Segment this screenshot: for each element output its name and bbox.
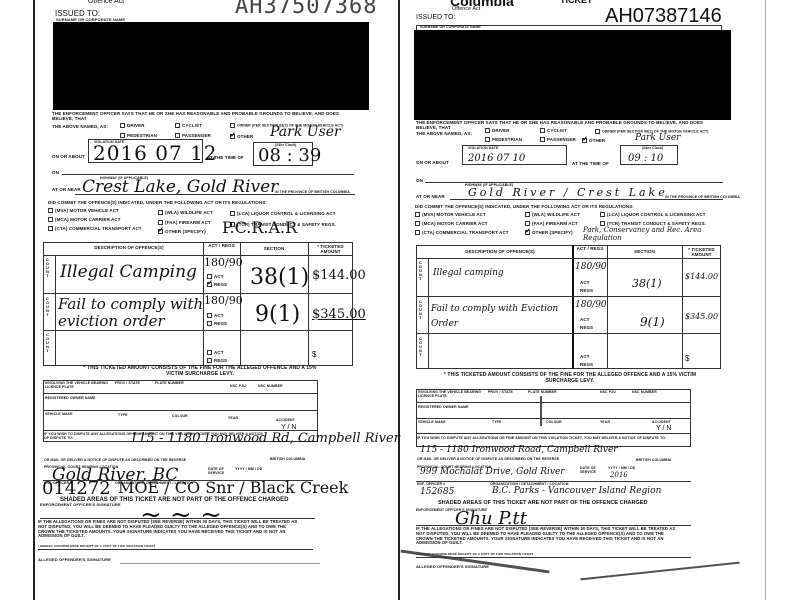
regs-checkbox[interactable] (207, 321, 212, 326)
scan-smudge (580, 562, 739, 581)
role-pedestrian-checkbox[interactable] (485, 137, 490, 142)
prov-state-label: PROV / STATE (115, 381, 140, 385)
name-field-label: SURNAME OR CORPORATE NAME (420, 25, 481, 29)
accident-label: ACCIDENT (652, 420, 671, 424)
colour-label: COLOUR (546, 420, 562, 424)
header-amount: * TICKETED AMOUNT (682, 247, 721, 257)
offence-amount: $ (312, 350, 316, 359)
involving-label: INVOLVING THE VEHICLE BEARING LICENCE PL… (45, 381, 110, 389)
surcharge-note: * THIS TICKETED AMOUNT CONSISTS OF THE F… (75, 366, 325, 378)
header-act-regs: ACT / REGS (203, 243, 240, 248)
role-other-checkbox[interactable] (230, 134, 235, 139)
other-act-value: Park, Conservancy and Rec. Area Regulati… (583, 226, 723, 242)
scan-smudge (540, 396, 542, 426)
accident-options[interactable]: Y / N (656, 425, 671, 432)
dispute-instruction: IF YOU WISH TO DISPUTE ANY ALLEGATIONS O… (417, 436, 677, 440)
role-driver: DRIVER (485, 128, 510, 133)
offence-section: 38(1) (250, 265, 309, 290)
act-other-checkbox[interactable] (158, 229, 163, 234)
count-label-2: COUNT (45, 296, 50, 316)
act-mva: (MVA) MOTOR VEHICLE ACT (48, 208, 119, 213)
time-value: 08 : 39 (258, 145, 321, 166)
organization-value: MOE / CO Snr / Black Creek (118, 478, 348, 497)
act-faa-checkbox[interactable] (525, 221, 530, 226)
act-lca-checkbox[interactable] (230, 211, 235, 216)
accident-options[interactable]: Y / N (281, 424, 296, 431)
offence-amount: $345.00 (312, 307, 366, 322)
time-value: 09 : 10 (628, 153, 663, 164)
header-description: DESCRIPTION OF OFFENCE(S) (428, 249, 572, 254)
role-owner-checkbox[interactable] (595, 129, 600, 134)
offence-act-regs: 180/90 (204, 256, 243, 269)
role-other: OTHER (582, 138, 605, 143)
role-passenger-checkbox[interactable] (175, 133, 180, 138)
named-as-label: THE ABOVE NAMED, AS: (416, 131, 472, 136)
offence-description: Fail to comply with Eviction Order (431, 302, 571, 332)
act-wla-checkbox[interactable] (158, 210, 163, 215)
offence-amount: $144.00 (312, 268, 366, 283)
role-passenger: PASSENGER (175, 133, 211, 138)
header-act-regs: ACT / REGS (573, 246, 607, 251)
act-mca: (MCA) MOTOR CARRIER ACT (48, 217, 121, 222)
commit-statement: DID COMMIT THE OFFENCE(S) INDICATED, UND… (415, 204, 634, 209)
nsc-number-label: NSC NUMBER (632, 390, 657, 394)
ticket-title: TICKET (560, 0, 593, 5)
at-time-label: AT THE TIME OF (572, 161, 609, 166)
surcharge-note: * THIS TICKETED AMOUNT CONSISTS OF THE F… (440, 373, 700, 385)
count-label-3: COUNT (45, 332, 50, 352)
violation-ticket-left: Offence Act ISSUED TO: AH37507368 SURNAM… (0, 0, 400, 600)
ticket-number: AH37507368 (235, 0, 377, 19)
act-mca-checkbox[interactable] (415, 221, 420, 226)
act-cta: (CTA) COMMERCIAL TRANSPORT ACT (48, 226, 142, 231)
act-wla: (WLA) WILDLIFE ACT (525, 212, 580, 217)
mail-instruction: OR MAIL OR DELIVER A NOTICE OF DISPUTE A… (417, 457, 559, 461)
type-label: TYPE (492, 420, 502, 424)
vehicle-make-label: VEHICLE MAKE (418, 420, 446, 424)
redacted-name-block (53, 22, 369, 110)
act-cta-checkbox[interactable] (48, 226, 53, 231)
act-label: Offence Act (88, 0, 124, 6)
date-of-service-label: DATE OF SERVICE (580, 466, 600, 474)
role-pedestrian: PEDESTRIAN (120, 133, 157, 138)
regs-checkbox[interactable] (207, 282, 212, 287)
count-label-1: COUNT (418, 260, 423, 280)
act-label: Offence Act (452, 6, 480, 12)
act-faa-checkbox[interactable] (158, 220, 163, 225)
act-mca: (MCA) MOTOR CARRIER ACT (415, 221, 488, 226)
role-driver-checkbox[interactable] (485, 128, 490, 133)
offence-section: 38(1) (632, 277, 662, 290)
act-faa: (FAA) FIREARM ACT (158, 220, 211, 225)
officer-number-value: 014272 (42, 478, 111, 499)
act-mca-checkbox[interactable] (48, 217, 53, 222)
year-label: YEAR (600, 420, 610, 424)
offence-description: Fail to comply with eviction order (58, 296, 206, 330)
act-other: OTHER (SPECIFY) (525, 230, 573, 235)
colour-label: COLOUR (172, 414, 188, 418)
year-label: YEAR (228, 416, 238, 420)
act-faa: (FAA) FIREARM ACT (525, 221, 578, 226)
act-other-checkbox[interactable] (525, 230, 530, 235)
act-other: OTHER (SPECIFY) (158, 229, 206, 234)
role-cyclist: CYCLIST (540, 128, 567, 133)
act-wla: (WLA) WILDLIFE ACT (158, 210, 213, 215)
mail-instruction: OR MAIL OR DELIVER A NOTICE OF DISPUTE A… (44, 458, 186, 462)
on-or-about-label: ON OR ABOUT (416, 160, 449, 165)
role-other: OTHER (230, 134, 253, 139)
act-mva-checkbox[interactable] (415, 212, 420, 217)
count-label-1: COUNT (45, 257, 50, 277)
role-cyclist-checkbox[interactable] (175, 123, 180, 128)
role-other-checkbox[interactable] (582, 138, 587, 143)
shaded-note: SHADED AREAS OF THIS TICKET ARE NOT PART… (438, 500, 647, 507)
role-driver-checkbox[interactable] (120, 123, 125, 128)
offence-section: 9(1) (640, 315, 665, 329)
court-location-value: 999 Mochalat Drive, Gold River (420, 467, 565, 477)
type-label: TYPE (118, 413, 128, 417)
plate-number-label: PLATE NUMBER (155, 381, 184, 385)
province-name: BRITISH COLUMBIA (270, 457, 305, 461)
count-label-2: COUNT (418, 299, 423, 319)
named-as-label: THE ABOVE NAMED, AS: (52, 124, 108, 129)
role-pedestrian-checkbox[interactable] (120, 133, 125, 138)
at-or-near-label: AT OR NEAR (416, 194, 445, 199)
on-label: ON (52, 170, 59, 175)
officer-number-label: ENF. OFFICER # (417, 482, 445, 486)
count-label-3: COUNT (418, 336, 423, 356)
act-mva-checkbox[interactable] (48, 208, 53, 213)
offence-amount: $ (685, 354, 689, 363)
other-role-value: Park User (635, 133, 680, 143)
issued-to-label: ISSUED TO: (416, 14, 455, 21)
act-lca: (LCA) LIQUOR CONTROL & LICENSING ACT (230, 211, 336, 216)
offender-signature-label[interactable]: ALLEGED OFFENDER'S SIGNATURE (38, 558, 111, 563)
officer-number-value: 152685 (420, 487, 454, 497)
acknowledge-label: I HEREBY ACKNOWLEDGE RECEIPT OF A COPY O… (38, 545, 155, 548)
officer-statement: THE ENFORCEMENT OFFICER SAYS THAT HE OR … (52, 111, 352, 121)
violation-date-label: VIOLATION DATE (468, 146, 498, 150)
dispute-address-value: 115 - 1180 Ironwood Rd, Campbell River (130, 431, 400, 446)
role-passenger-checkbox[interactable] (540, 137, 545, 142)
legal-notice: IF THE ALLEGATIONS OR FINES ARE NOT DISP… (38, 520, 300, 539)
offence-act-regs: 180/90 (204, 294, 243, 307)
officer-signature-label: ENFORCEMENT OFFICER'S SIGNATURE (40, 503, 121, 508)
act-wla-checkbox[interactable] (525, 212, 530, 217)
on-label: ON (416, 178, 423, 183)
prov-state-label: PROV / STATE (488, 390, 513, 394)
plate-number-label: PLATE NUMBER (528, 390, 557, 394)
act-lca-checkbox[interactable] (600, 212, 605, 217)
on-or-about-label: ON OR ABOUT (52, 154, 85, 159)
role-cyclist-checkbox[interactable] (540, 128, 545, 133)
registered-owner-label: REGISTERED OWNER NAME (45, 396, 96, 400)
offence-amount: $144.00 (685, 272, 718, 281)
violation-date-value: 2016 07 10 (468, 153, 525, 164)
role-passenger: PASSENGER (540, 137, 576, 142)
vehicle-make-label: VEHICLE MAKE (45, 412, 73, 416)
offence-description: Illegal Camping (60, 262, 197, 282)
role-owner-checkbox[interactable] (230, 123, 235, 128)
involving-label: INVOLVING THE VEHICLE BEARING LICENCE PL… (418, 390, 483, 398)
act-lca: (LCA) LIQUOR CONTROL & LICENSING ACT (600, 212, 706, 217)
act-checkbox[interactable] (207, 313, 212, 318)
act-mva: (MVA) MOTOR VEHICLE ACT (415, 212, 486, 217)
violation-ticket-right: Columbia Offence Act TICKET ISSUED TO: A… (400, 0, 800, 600)
act-cta: (CTA) COMMERCIAL TRANSPORT ACT (415, 230, 509, 235)
offence-section: 9(1) (255, 302, 300, 327)
header-amount: * TICKETED AMOUNT (308, 244, 353, 254)
nsc-pju-label: NSC PJU (230, 384, 246, 388)
offence-act-regs: 180/90 (575, 300, 607, 310)
service-date-value: 2016 (610, 471, 628, 479)
date-of-service-label: DATE OF SERVICE (208, 467, 228, 475)
at-time-label: AT THE TIME OF (207, 155, 244, 160)
at-or-near-label: AT OR NEAR (52, 187, 81, 192)
dispute-address-value: 115 - 1180 Ironwood Road, Campbell River (420, 445, 618, 455)
role-driver: DRIVER (120, 123, 145, 128)
header-section: SECTION (607, 249, 682, 254)
legal-notice: IF THE ALLEGATIONS OR FINES ARE NOT DISP… (416, 527, 681, 546)
regs-checkbox[interactable] (207, 358, 212, 363)
redacted-name-block (414, 30, 731, 120)
service-date-headers: YYYY / MM / DD (608, 466, 635, 470)
registered-owner-label: REGISTERED OWNER NAME (418, 405, 469, 409)
header-description: DESCRIPTION OF OFFENCE(S) (55, 245, 203, 250)
nsc-pju-label: NSC PJU (600, 390, 616, 394)
province-name: BRITISH COLUMBIA (636, 458, 671, 462)
location-value: Gold River / Crest Lake (468, 186, 668, 199)
organization-value: B.C. Parks - Vancouver Island Region (492, 486, 661, 496)
time-header: (24hr Clock) (642, 146, 663, 150)
act-checkbox[interactable] (207, 350, 212, 355)
nsc-number-label: NSC NUMBER (258, 384, 283, 388)
header-section: SECTION (240, 246, 308, 251)
other-role-value: Park User (270, 124, 341, 140)
service-date-headers: YYYY / MM / DD (235, 467, 262, 471)
role-pedestrian: PEDESTRIAN (485, 137, 522, 142)
offender-signature-label[interactable]: ALLEGED OFFENDER'S SIGNATURE (416, 565, 489, 570)
role-cyclist: CYCLIST (175, 123, 202, 128)
offence-act-regs: 180/90 (575, 262, 607, 272)
offence-amount: $345.00 (685, 312, 718, 321)
act-checkbox[interactable] (207, 274, 212, 279)
accident-label: ACCIDENT (276, 418, 295, 422)
violation-date-value: 2016 07 12 (93, 141, 218, 165)
commit-statement: DID COMMIT THE OFFENCE(S) INDICATED, UND… (48, 200, 267, 205)
offence-description: Illegal camping (433, 268, 504, 278)
act-cta-checkbox[interactable] (415, 230, 420, 235)
other-act-value: P.C.R.A.R (222, 218, 297, 237)
